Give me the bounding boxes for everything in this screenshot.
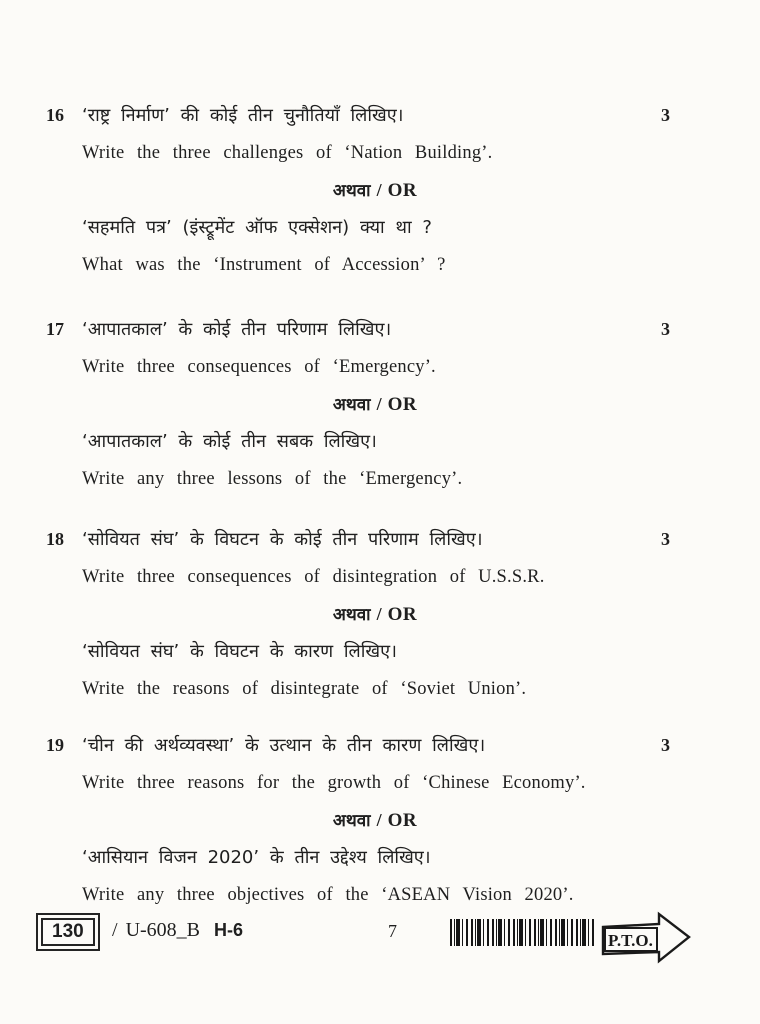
or-separator: अथवा/OR [82, 392, 668, 418]
question-or-text-english: Write any three lessons of the ‘Emergenc… [82, 467, 650, 491]
or-label-hindi: अथवा [333, 395, 371, 415]
question-text-hindi: ‘सोवियत संघ’ के विघटन के कोई तीन परिणाम … [82, 528, 650, 552]
page-footer: 130 /U-608_BH-6 7 P.T.O. [0, 908, 760, 970]
or-label-english: OR [388, 394, 418, 415]
question-or-text-english: What was the ‘Instrument of Accession’ ? [82, 253, 650, 277]
question-number: 16 [46, 105, 64, 126]
page-number: 7 [388, 921, 397, 942]
or-separator: अथवा/OR [82, 178, 668, 204]
or-separator: अथवा/OR [82, 808, 668, 834]
or-label-english: OR [388, 810, 418, 831]
question-or-text-hindi: ‘सहमति पत्र’ (इंस्ट्रूमेंट ऑफ एक्सेशन) क… [82, 216, 650, 240]
or-slash: / [371, 604, 388, 624]
paper-code-text: U-608_B [126, 919, 200, 941]
or-slash: / [371, 810, 388, 830]
pto-arrow-icon: P.T.O. [600, 909, 692, 965]
paper-code-slash: / [112, 919, 126, 941]
question-block-17: 17 3 ‘आपातकाल’ के कोई तीन परिणाम लिखिए। … [0, 318, 760, 504]
or-label-hindi: अथवा [333, 605, 371, 625]
question-text-english: Write the three challenges of ‘Nation Bu… [82, 141, 650, 165]
set-code: H-6 [200, 920, 243, 940]
barcode [450, 919, 596, 946]
question-or-text-hindi: ‘आसियान विजन 2020’ के तीन उद्देश्य लिखिए… [82, 846, 650, 870]
question-or-text-english: Write any three objectives of the ‘ASEAN… [82, 883, 650, 907]
or-slash: / [371, 394, 388, 414]
question-or-text-hindi: ‘आपातकाल’ के कोई तीन सबक लिखिए। [82, 430, 650, 454]
pto-label: P.T.O. [608, 931, 653, 950]
question-text-english: Write three consequences of ‘Emergency’. [82, 355, 650, 379]
paper-code-box: 130 [36, 913, 100, 951]
question-block-19: 19 3 ‘चीन की अर्थव्यवस्था’ के उत्थान के … [0, 734, 760, 920]
or-label-english: OR [388, 180, 418, 201]
paper-code-line: /U-608_BH-6 [112, 919, 243, 942]
exam-paper-page: 16 3 ‘राष्ट्र निर्माण’ की कोई तीन चुनौति… [0, 0, 760, 1024]
question-marks: 3 [661, 105, 670, 126]
question-number: 19 [46, 735, 64, 756]
question-marks: 3 [661, 319, 670, 340]
question-text-english: Write three consequences of disintegrati… [82, 565, 650, 589]
question-block-16: 16 3 ‘राष्ट्र निर्माण’ की कोई तीन चुनौति… [0, 104, 760, 290]
question-marks: 3 [661, 529, 670, 550]
or-label-hindi: अथवा [333, 181, 371, 201]
paper-code-box-number: 130 [41, 918, 95, 946]
question-text-english: Write three reasons for the growth of ‘C… [82, 771, 650, 795]
question-or-text-hindi: ‘सोवियत संघ’ के विघटन के कारण लिखिए। [82, 640, 650, 664]
question-text-hindi: ‘आपातकाल’ के कोई तीन परिणाम लिखिए। [82, 318, 650, 342]
question-number: 18 [46, 529, 64, 550]
question-block-18: 18 3 ‘सोवियत संघ’ के विघटन के कोई तीन पर… [0, 528, 760, 714]
or-label-hindi: अथवा [333, 811, 371, 831]
question-or-text-english: Write the reasons of disintegrate of ‘So… [82, 677, 650, 701]
question-number: 17 [46, 319, 64, 340]
question-text-hindi: ‘राष्ट्र निर्माण’ की कोई तीन चुनौतियाँ ल… [82, 104, 650, 128]
question-marks: 3 [661, 735, 670, 756]
question-text-hindi: ‘चीन की अर्थव्यवस्था’ के उत्थान के तीन क… [82, 734, 650, 758]
or-slash: / [371, 180, 388, 200]
or-separator: अथवा/OR [82, 602, 668, 628]
or-label-english: OR [388, 604, 418, 625]
